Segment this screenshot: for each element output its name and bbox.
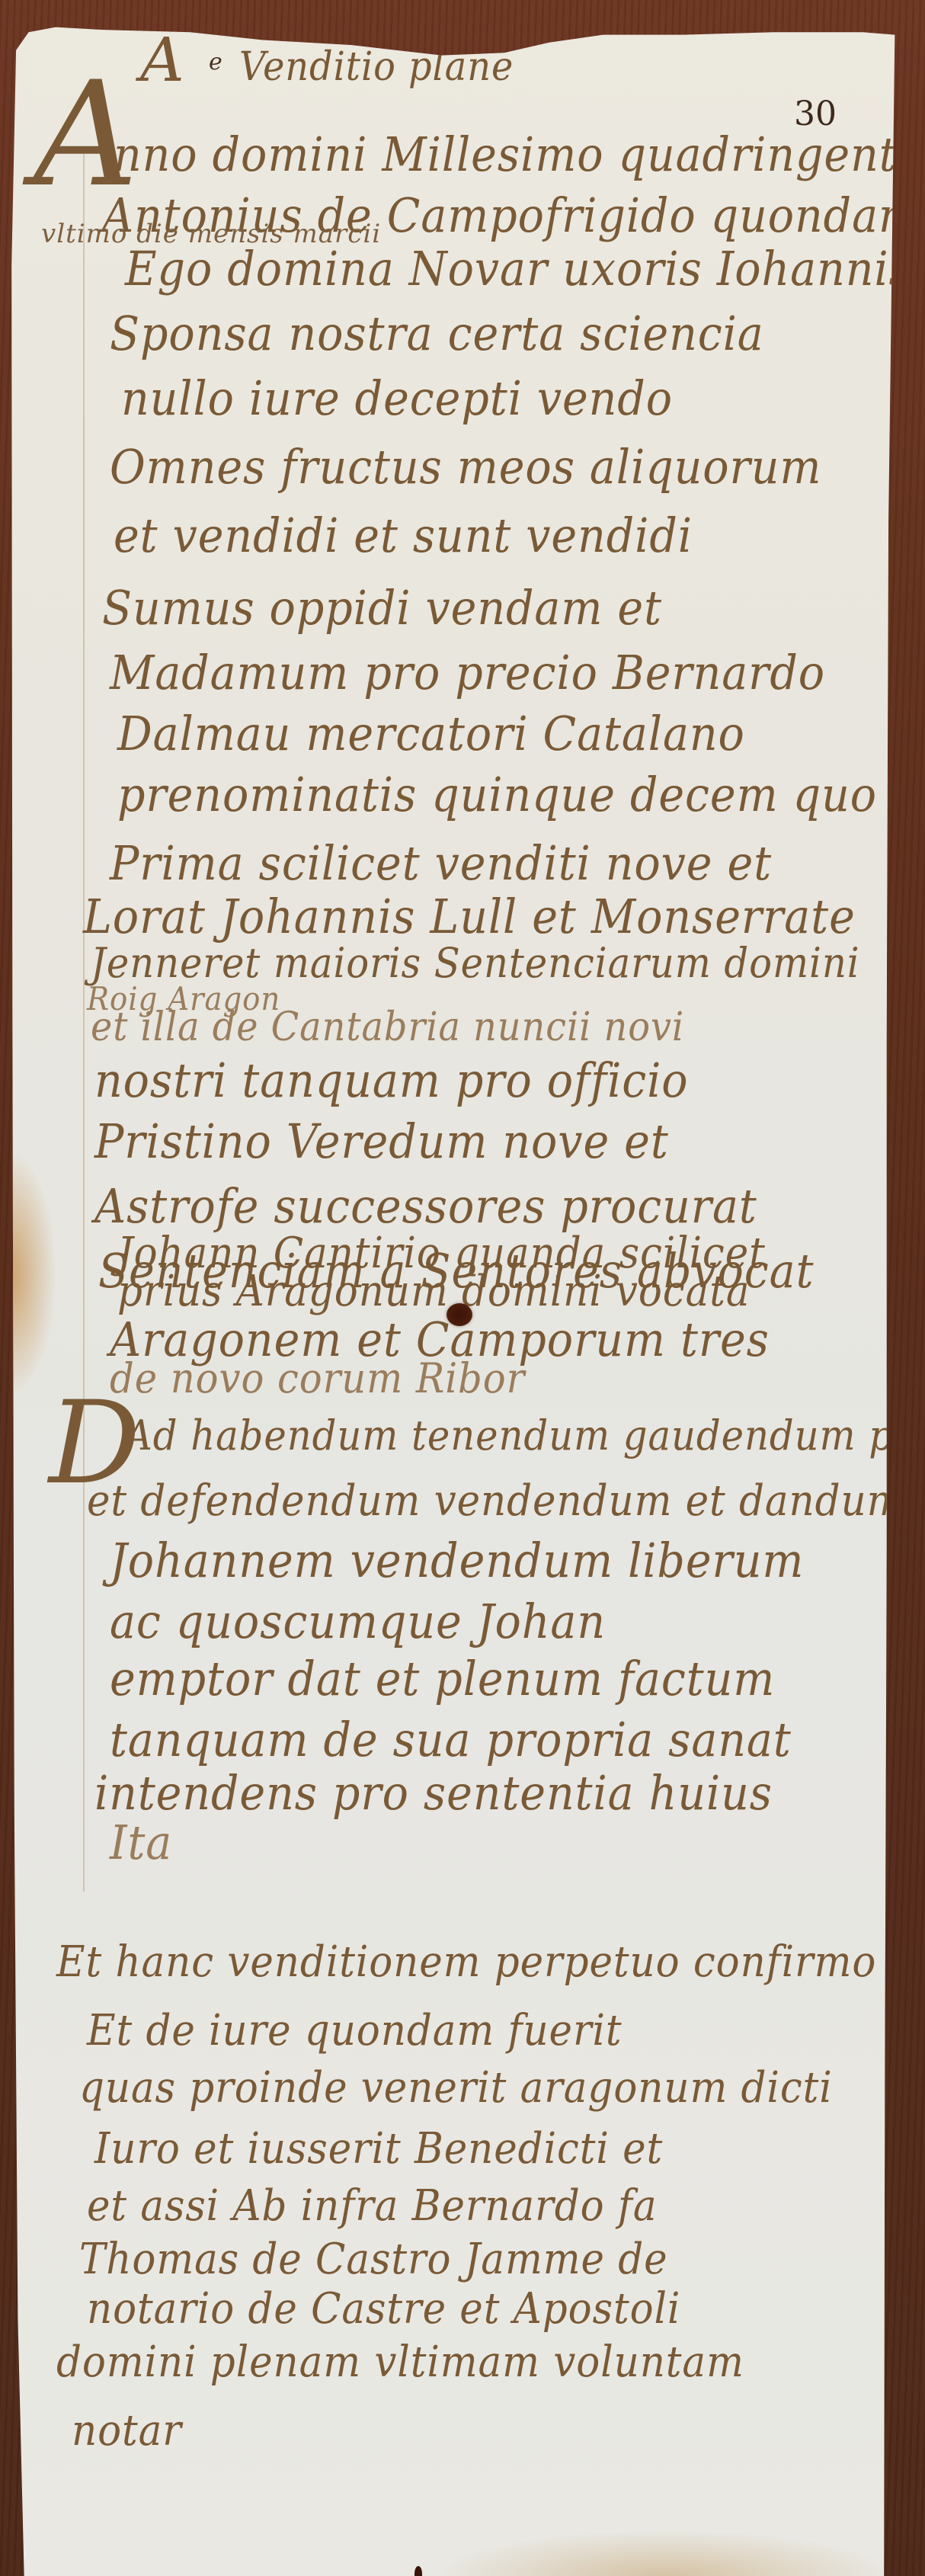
text-line: ac quoscumque Johan	[110, 1598, 606, 1645]
text-line: prenominatis quinque decem quo	[117, 771, 877, 819]
text-line: Pristino Veredum nove et	[94, 1118, 669, 1165]
text-line: nno domini Millesimo quadringentesimo	[114, 131, 925, 178]
manuscript-sheet: A e Venditio plane 30 A nno domini Mille…	[11, 9, 908, 2576]
text-line: Dalmau mercatori Catalano	[117, 710, 745, 758]
text-line: Astrofe successores procurat	[94, 1183, 757, 1230]
text-line: intendens pro sententia huius	[94, 1770, 773, 1817]
text-line: Ad habendum tenendum gaudendum possidend…	[125, 1415, 925, 1456]
header-left-mark: A	[140, 24, 185, 95]
punch-hole	[446, 1303, 472, 1326]
text-line: Omnes fructus meos aliquorum	[110, 444, 821, 491]
text-line: Sumus oppidi vendam et	[102, 585, 662, 632]
text-line: et defendendum vendendum et dandum	[87, 1480, 904, 1523]
text-line: Madamum pro precio Bernardo	[110, 649, 825, 697]
text-line: Et hanc venditionem perpetuo confirmo	[56, 1941, 876, 1984]
margin-ruling-line	[83, 154, 85, 1892]
text-line: Prima scilicet venditi nove et	[110, 840, 772, 887]
text-line: notario de Castre et Apostoli	[87, 2288, 680, 2331]
text-line: Thomas de Castro Jamme de	[79, 2238, 668, 2281]
text-line: Jenneret maioris Sentenciarum domini	[91, 943, 860, 984]
text-line: nostri tanquam pro officio	[94, 1057, 689, 1104]
text-line: Ego domina Novar uxoris Iohannis	[125, 245, 912, 293]
text-line: notar	[72, 2410, 182, 2453]
punch-hole-bottom	[414, 2566, 422, 2576]
text-line: et illa de Cantabria nuncii novi	[91, 1008, 684, 1047]
header-superscript: e	[209, 49, 223, 75]
text-line: emptor dat et plenum factum	[110, 1655, 775, 1703]
text-line: domini plenam vltimam voluntam	[56, 2341, 744, 2384]
text-line: quas proinde venerit aragonum dicti	[79, 2067, 833, 2110]
text-line: Et de iure quondam fuerit	[87, 2010, 623, 2052]
text-line: et assi Ab infra Bernardo fa	[87, 2185, 657, 2228]
text-line: Iuro et iusserit Benedicti et	[94, 2128, 663, 2171]
text-line: nullo iure decepti vendo	[121, 375, 673, 422]
text-line: Ita	[110, 1819, 172, 1866]
text-line: et vendidi et sunt vendidi	[114, 512, 693, 559]
text-line: Sponsa nostra certa sciencia	[110, 310, 764, 357]
text-line: Johannem vendendum liberum	[110, 1537, 804, 1584]
text-line: de novo corum Ribor	[110, 1358, 525, 1399]
text-line: tanquam de sua propria sanat	[110, 1716, 792, 1764]
text-line: prius Aragonum domini vocata	[117, 1270, 750, 1313]
text-line: Lorat Johannis Lull et Monserrate	[83, 893, 856, 940]
